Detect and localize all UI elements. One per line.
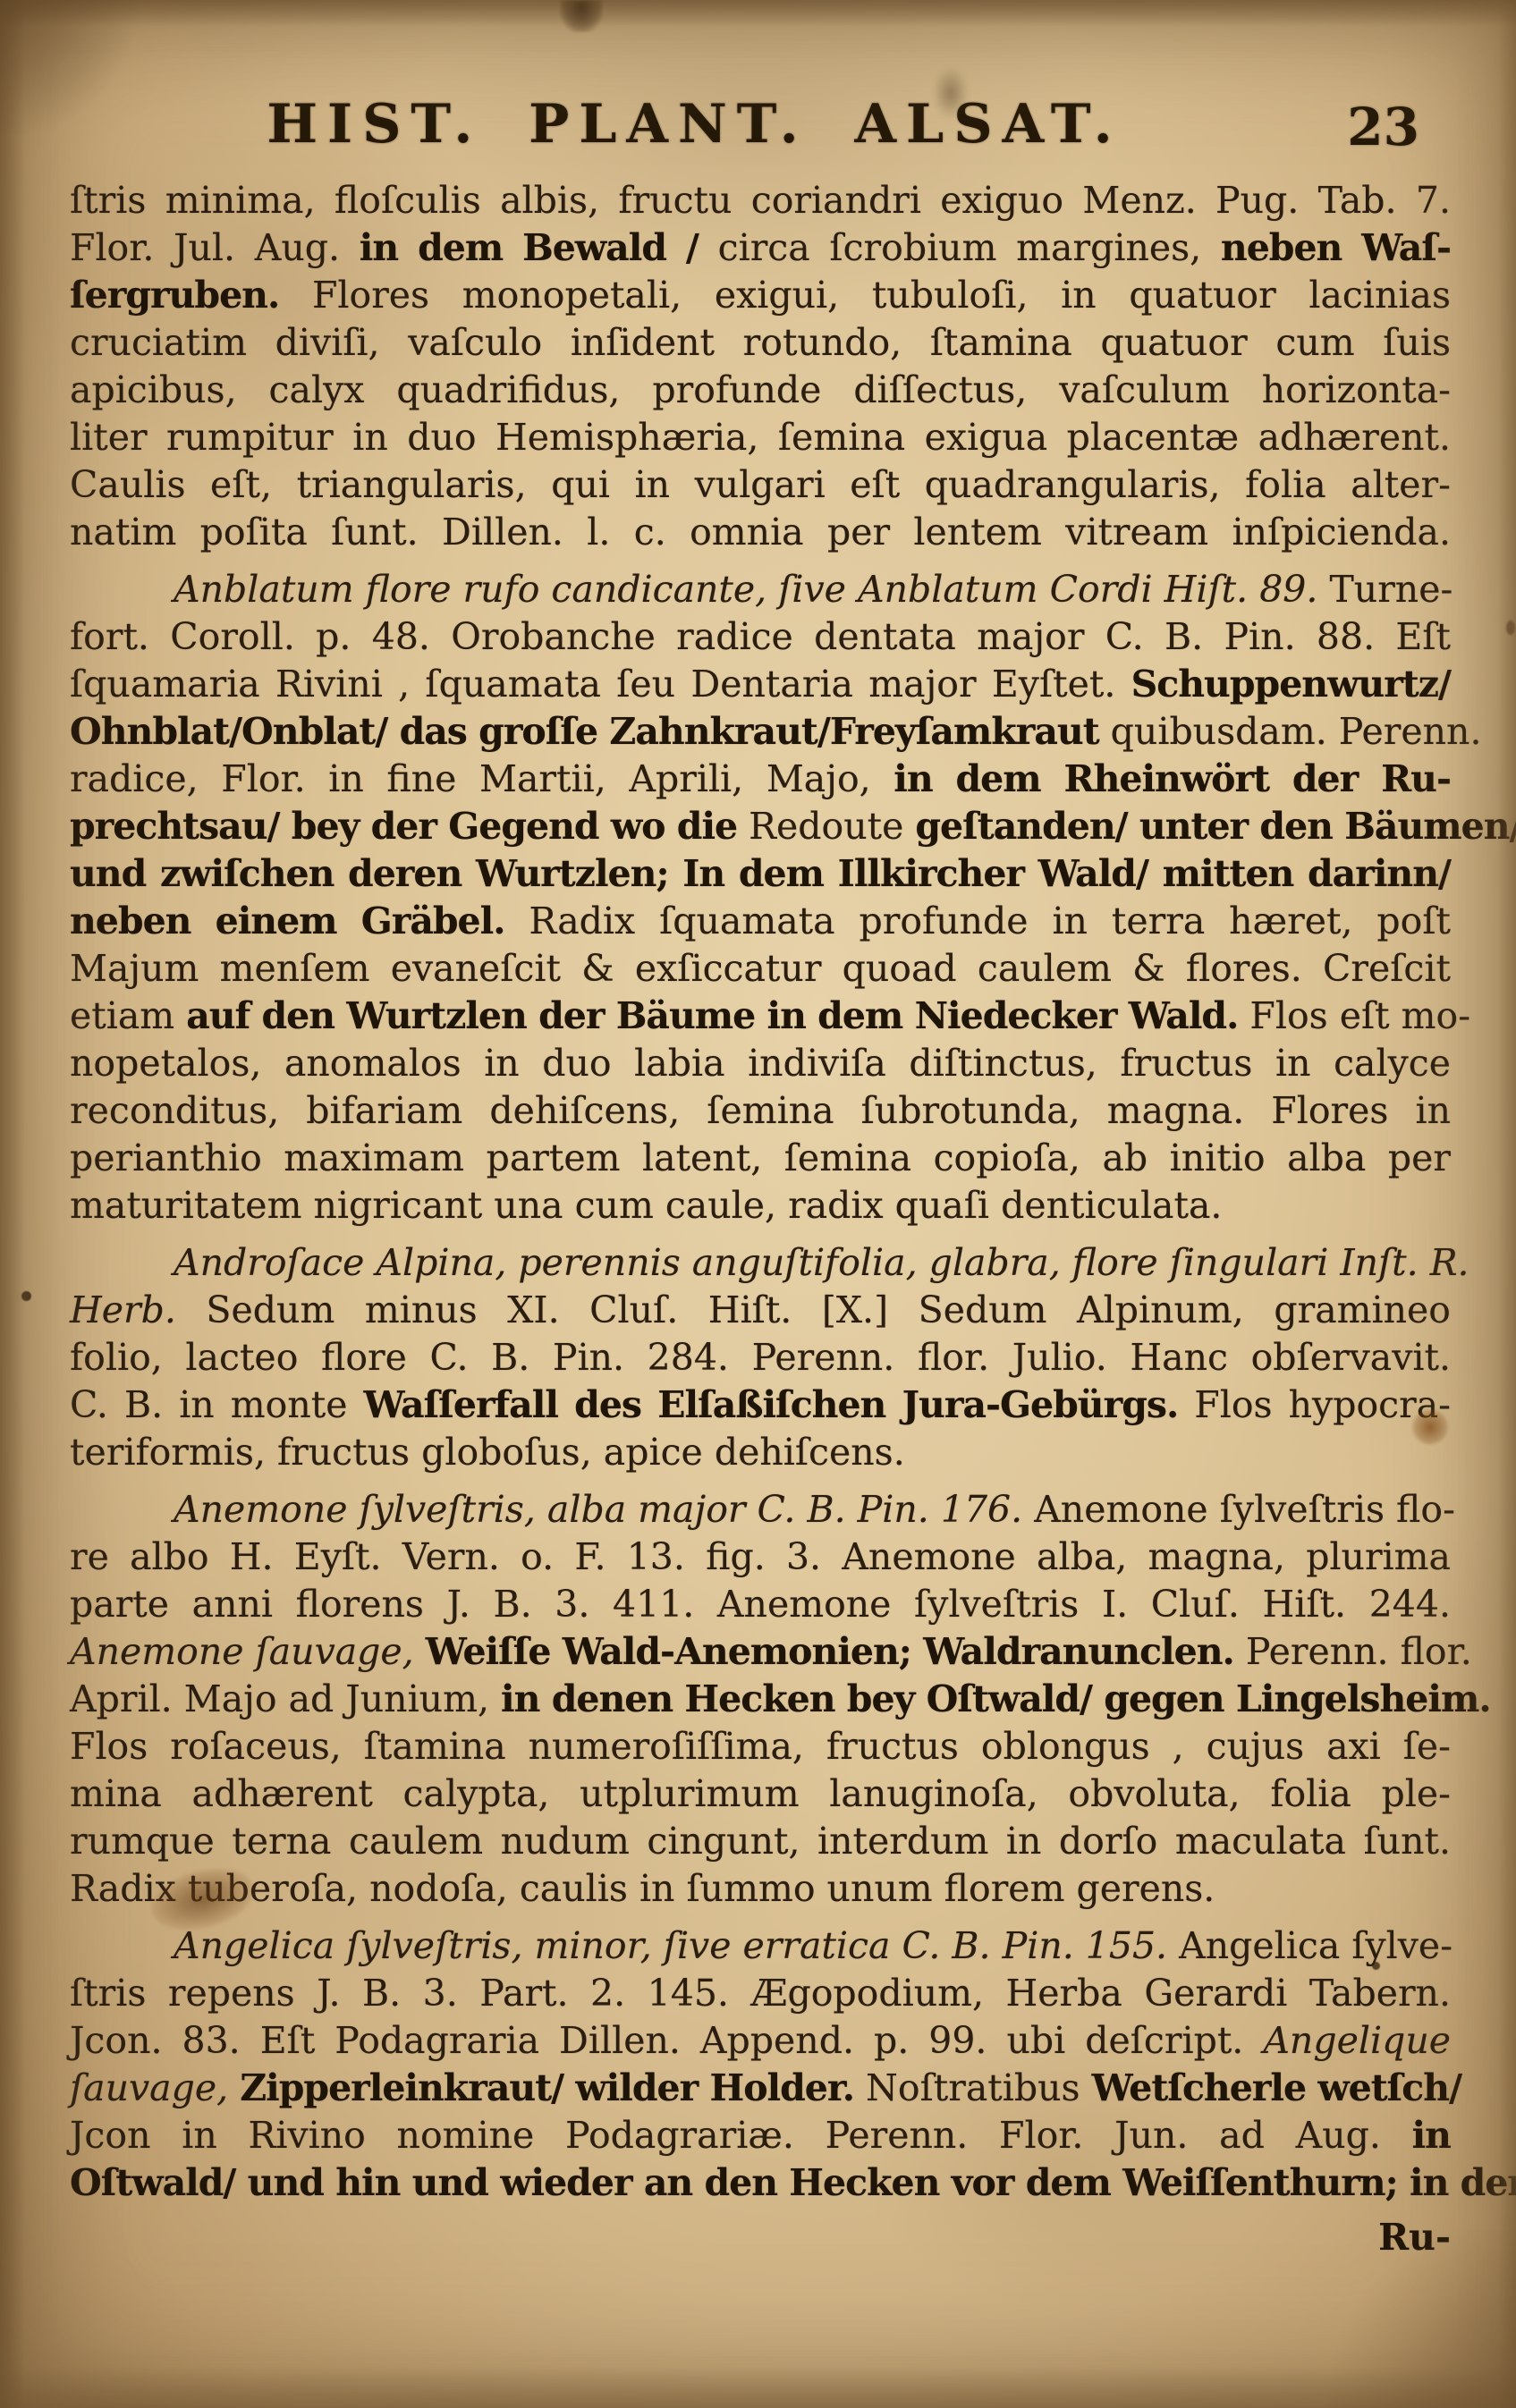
text-line: rumque terna caulem nudum cingunt, inter…: [70, 1818, 1451, 1865]
roman-text: Jcon. 83. Eſt Podagraria Dillen. Append.…: [70, 2019, 1263, 2062]
text-line: reconditus, bifariam dehiſcens, ſemina ſ…: [70, 1087, 1451, 1135]
roman-text: Redoute: [737, 805, 915, 848]
italic-text: Anemone ſauvage,: [70, 1630, 414, 1673]
roman-text: apicibus, calyx quadrifidus, profunde di…: [70, 368, 1451, 411]
page-edge-left: [0, 0, 25, 2408]
italic-text: Angelica ſylveſtris, minor, ſive erratic…: [174, 1924, 1167, 1967]
roman-text: quibusdam. Perenn.: [1099, 710, 1482, 753]
text-line: Flos roſaceus, ſtamina numeroſiſſima, fr…: [70, 1723, 1451, 1770]
roman-text: [414, 1630, 426, 1673]
text-line: Jcon. 83. Eſt Podagraria Dillen. Append.…: [70, 2017, 1451, 2065]
fraktur-text: in denen Hecken bey Oſtwald/ gegen Linge…: [501, 1677, 1491, 1720]
text-line: Herb. Sedum minus XI. Cluſ. Hiſt. [X.] S…: [70, 1287, 1451, 1334]
roman-text: teriformis, fructus globoſus, apice dehi…: [70, 1431, 905, 1474]
italic-text: Anemone ſylveſtris, alba major C. B. Pin…: [174, 1488, 1022, 1531]
text-line: Caulis eſt, triangularis, qui in vulgari…: [70, 461, 1451, 509]
italic-text: ſauvage,: [70, 2066, 228, 2109]
fraktur-text: in: [1412, 2114, 1451, 2157]
fraktur-text: neben Waſ-: [1221, 226, 1451, 269]
text-line: ſauvage, Zipperleinkraut/ wilder Holder.…: [70, 2065, 1451, 2112]
roman-text: Turne-: [1317, 568, 1452, 611]
roman-text: parte anni florens J. B. 3. 411. Anemone…: [70, 1583, 1451, 1626]
stain-margin-dot: [21, 1291, 31, 1301]
text-line: Flor. Jul. Aug. in dem Bewald / circa ſc…: [70, 224, 1451, 272]
fraktur-text: ſergruben.: [70, 274, 279, 317]
roman-text: Sedum minus XI. Cluſ. Hiſt. [X.] Sedum A…: [176, 1288, 1451, 1331]
fraktur-text: Oſtwald/ und hin und wieder an den Hecke…: [70, 2161, 1516, 2204]
text-line: liter rumpitur in duo Hemisphæria, ſemin…: [70, 414, 1451, 461]
text-line: Androſace Alpina, perennis anguſtifolia,…: [70, 1239, 1451, 1287]
fraktur-text: in dem Rheinwört der Ru-: [894, 757, 1451, 800]
roman-text: nopetalos, anomalos in duo labia indiviſ…: [70, 1042, 1451, 1085]
roman-text: maturitatem nigricant una cum caule, rad…: [70, 1184, 1222, 1227]
roman-text: ſtris repens J. B. 3. Part. 2. 145. Ægop…: [70, 1972, 1451, 2015]
text-line: Anblatum flore rufo candicante, ſive Anb…: [70, 566, 1451, 613]
roman-text: Angelica ſylve-: [1167, 1924, 1452, 1967]
stain-top-ink-blob: [560, 0, 603, 32]
roman-text: Anemone ſylveſtris flo-: [1022, 1488, 1455, 1531]
text-line: fort. Coroll. p. 48. Orobanche radice de…: [70, 613, 1451, 661]
roman-text: ſtris minima, floſculis albis, fructu co…: [70, 179, 1451, 222]
book-page: HIST. PLANT. ALSAT. 23 ſtris minima, flo…: [0, 0, 1516, 2408]
roman-text: Flos eſt mo-: [1238, 994, 1470, 1037]
text-line: natim poſita ſunt. Dillen. l. c. omnia p…: [70, 509, 1451, 556]
page-edge-bottom: [0, 2367, 1516, 2408]
fraktur-text: und zwiſchen deren Wurtzlen; In dem Illk…: [70, 852, 1451, 895]
roman-text: cruciatim diviſi, vaſculo inſident rotun…: [70, 321, 1451, 364]
text-line: radice, Flor. in fine Martii, Aprili, Ma…: [70, 756, 1451, 803]
text-line: Radix tuberoſa, nodoſa, caulis in ſummo …: [70, 1865, 1451, 1913]
page-title: HIST. PLANT. ALSAT.: [70, 93, 1319, 156]
roman-text: folio, lacteo flore C. B. Pin. 284. Pere…: [70, 1336, 1451, 1379]
fraktur-text: neben einem Gräbel.: [70, 900, 505, 942]
text-line: Anemone ſauvage, Weiſſe Wald-Anemonien; …: [70, 1628, 1451, 1676]
italic-text: Anblatum flore rufo candicante, ſive Anb…: [174, 568, 1317, 611]
page-edge-right: [1498, 0, 1516, 2408]
text-line: ſtris minima, floſculis albis, fructu co…: [70, 177, 1451, 224]
fraktur-text: Waſſerfall des Elſaßiſchen Jura-Gebürgs.: [364, 1383, 1179, 1426]
text-line: ſergruben. Flores monopetali, exigui, tu…: [70, 272, 1451, 319]
roman-text: natim poſita ſunt. Dillen. l. c. omnia p…: [70, 511, 1451, 553]
roman-text: Radix ſquamata profunde in terra hæret, …: [505, 900, 1452, 942]
fraktur-text: geſtanden/ unter den Bäumen/: [915, 805, 1516, 848]
roman-text: Jcon in Rivino nomine Podagrariæ. Perenn…: [70, 2114, 1412, 2157]
text-line: mina adhærent calypta, utplurimum lanugi…: [70, 1770, 1451, 1818]
fraktur-text: Weiſſe Wald-Anemonien; Waldranunclen.: [426, 1630, 1234, 1673]
text-line: teriformis, fructus globoſus, apice dehi…: [70, 1429, 1451, 1476]
body-text: ſtris minima, floſculis albis, fructu co…: [70, 177, 1451, 2207]
text-line: prechtsau/ bey der Gegend wo die Redoute…: [70, 803, 1451, 850]
text-line: perianthio maximam partem latent, ſemina…: [70, 1135, 1451, 1182]
text-line: ſquamaria Rivini , ſquamata ſeu Dentaria…: [70, 661, 1451, 708]
roman-text: Noſtratibus: [854, 2066, 1092, 2109]
roman-text: etiam: [70, 994, 186, 1037]
italic-text: Angelique: [1263, 2019, 1451, 2062]
fraktur-text: prechtsau/ bey der Gegend wo die: [70, 805, 737, 848]
text-line: re albo H. Eyſt. Vern. o. F. 13. fig. 3.…: [70, 1534, 1451, 1581]
text-line: neben einem Gräbel. Radix ſquamata profu…: [70, 898, 1451, 945]
text-line: ſtris repens J. B. 3. Part. 2. 145. Ægop…: [70, 1970, 1451, 2017]
text-line: Majum menſem evaneſcit & exſiccatur quoa…: [70, 945, 1451, 993]
roman-text: Caulis eſt, triangularis, qui in vulgari…: [70, 463, 1451, 506]
roman-text: Flos hypocra-: [1178, 1383, 1451, 1426]
roman-text: April. Majo ad Junium,: [70, 1677, 501, 1720]
page-number: 23: [1347, 97, 1419, 157]
roman-text: Perenn. flor.: [1234, 1630, 1472, 1673]
fraktur-text: in dem Bewald /: [360, 226, 699, 269]
roman-text: C. B. in monte: [70, 1383, 364, 1426]
fraktur-text: Schuppenwurtz/: [1131, 663, 1451, 706]
roman-text: re albo H. Eyſt. Vern. o. F. 13. fig. 3.…: [70, 1535, 1451, 1578]
text-line: parte anni florens J. B. 3. 411. Anemone…: [70, 1581, 1451, 1628]
text-line: und zwiſchen deren Wurtzlen; In dem Illk…: [70, 850, 1451, 898]
roman-text: fort. Coroll. p. 48. Orobanche radice de…: [70, 615, 1451, 658]
text-line: maturitatem nigricant una cum caule, rad…: [70, 1182, 1451, 1229]
roman-text: Flores monopetali, exigui, tubuloſi, in …: [279, 274, 1451, 317]
fraktur-text: auf den Wurtzlen der Bäume in dem Niedec…: [186, 994, 1238, 1037]
text-line: apicibus, calyx quadrifidus, profunde di…: [70, 367, 1451, 414]
roman-text: circa ſcrobium margines,: [699, 226, 1221, 269]
text-line: Jcon in Rivino nomine Podagrariæ. Perenn…: [70, 2112, 1451, 2159]
fraktur-text: Ohnblat/Onblat/ das groſſe Zahnkraut/Fre…: [70, 710, 1099, 753]
catchword: Ru-: [70, 2214, 1451, 2261]
roman-text: rumque terna caulem nudum cingunt, inter…: [70, 1820, 1451, 1863]
text-line: Oſtwald/ und hin und wieder an den Hecke…: [70, 2159, 1451, 2207]
fraktur-text: Zipperleinkraut/ wilder Holder.: [240, 2066, 854, 2109]
text-line: etiam auf den Wurtzlen der Bäume in dem …: [70, 993, 1451, 1040]
roman-text: Flos roſaceus, ſtamina numeroſiſſima, fr…: [70, 1725, 1451, 1768]
italic-text: Herb.: [70, 1288, 176, 1331]
text-line: Angelica ſylveſtris, minor, ſive erratic…: [70, 1922, 1451, 1970]
text-line: cruciatim diviſi, vaſculo inſident rotun…: [70, 319, 1451, 367]
roman-text: Radix tuberoſa, nodoſa, caulis in ſummo …: [70, 1867, 1215, 1910]
roman-text: radice, Flor. in fine Martii, Aprili, Ma…: [70, 757, 894, 800]
page-header: HIST. PLANT. ALSAT. 23: [70, 93, 1453, 156]
text-line: C. B. in monte Waſſerfall des Elſaßiſche…: [70, 1381, 1451, 1429]
roman-text: Majum menſem evaneſcit & exſiccatur quoa…: [70, 947, 1451, 990]
roman-text: Flor. Jul. Aug.: [70, 226, 360, 269]
text-block: ſtris minima, floſculis albis, fructu co…: [70, 177, 1451, 2261]
text-line: Ohnblat/Onblat/ das groſſe Zahnkraut/Fre…: [70, 708, 1451, 756]
roman-text: reconditus, bifariam dehiſcens, ſemina ſ…: [70, 1089, 1451, 1132]
roman-text: perianthio maximam partem latent, ſemina…: [70, 1136, 1451, 1179]
text-line: nopetalos, anomalos in duo labia indiviſ…: [70, 1040, 1451, 1087]
text-line: April. Majo ad Junium, in denen Hecken b…: [70, 1676, 1451, 1723]
stain-edge-dot: [1506, 621, 1515, 635]
text-line: Anemone ſylveſtris, alba major C. B. Pin…: [70, 1486, 1451, 1534]
fraktur-text: Wetſcherle wetſch/: [1092, 2066, 1461, 2109]
italic-text: Androſace Alpina, perennis anguſtifolia,…: [174, 1241, 1469, 1284]
roman-text: ſquamaria Rivini , ſquamata ſeu Dentaria…: [70, 663, 1131, 706]
page-edge-top: [0, 0, 1516, 27]
text-line: folio, lacteo flore C. B. Pin. 284. Pere…: [70, 1334, 1451, 1381]
roman-text: mina adhærent calypta, utplurimum lanugi…: [70, 1772, 1451, 1815]
roman-text: liter rumpitur in duo Hemisphæria, ſemin…: [70, 416, 1451, 459]
roman-text: [228, 2066, 240, 2109]
